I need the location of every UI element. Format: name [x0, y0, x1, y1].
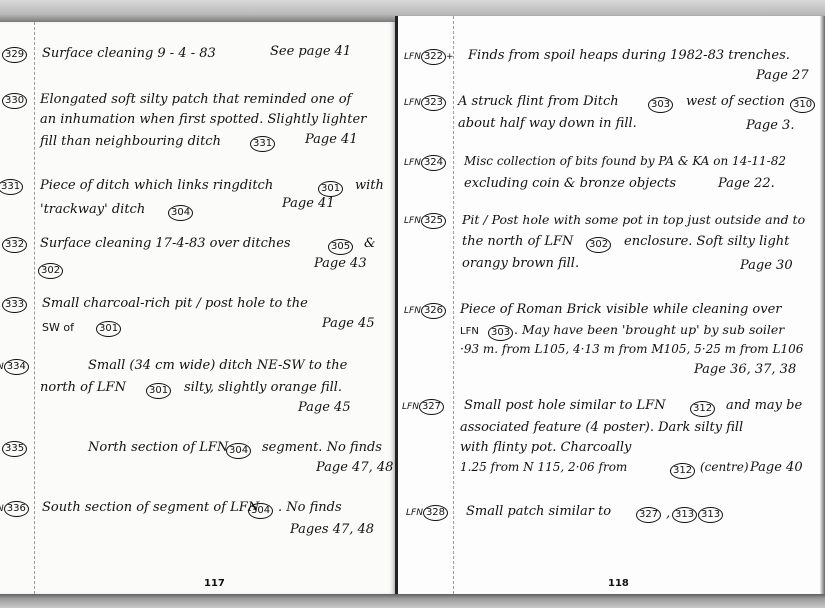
page-edge-shadow [820, 16, 825, 594]
context-ref: 305 [328, 236, 353, 255]
context-number: N334 [0, 358, 29, 377]
entry-text-line-3: with flinty pot. Charcoally [460, 438, 631, 457]
context-entry-328: LFN328 Small patch similar to 327 , 313 … [398, 496, 823, 526]
context-entry-323: LFN323 A struck flint from Ditch 303 wes… [398, 88, 823, 138]
context-number: 329 [2, 46, 27, 65]
entry-text-line-2: an inhumation when first spotted. Slight… [40, 110, 366, 129]
context-entry-334: N334 Small (34 cm wide) ditch NE-SW to t… [0, 352, 395, 422]
context-ref: 303 [648, 94, 673, 113]
context-entry-332: 332 Surface cleaning 17-4-83 over ditche… [0, 230, 395, 286]
entry-text-line-3: orangy brown fill. [462, 254, 579, 273]
entry-text-line-1: Pit / Post hole with some pot in top jus… [462, 210, 805, 229]
context-ref: 301 [146, 380, 171, 399]
context-entry-330: 330 Elongated soft silty patch that remi… [0, 88, 395, 158]
context-number: LFN325 [404, 212, 446, 231]
context-number: LFN327 [402, 398, 444, 417]
context-ref: 304 [168, 202, 193, 221]
entry-text-line-2: north of LFN [40, 378, 126, 397]
entry-text-line-1: Small post hole similar to LFN [464, 396, 666, 415]
context-ref: 312 [670, 460, 695, 479]
context-number: 331 [0, 178, 23, 197]
page-reference: Page 47, 48 [316, 458, 393, 477]
context-ref: 310 [790, 94, 815, 113]
entry-text-line-1: Misc collection of bits found by PA & KA… [464, 152, 786, 171]
context-entry-336: N336 South section of segment of LFN 304… [0, 492, 395, 542]
context-ref: 304 [248, 500, 273, 519]
entry-text-line-1b: with [355, 176, 384, 195]
context-ref: 312 [690, 398, 715, 417]
notebook-page-left: 329 Surface cleaning 9 - 4 - 83 See page… [0, 22, 397, 594]
entry-text-line-1: Small charcoal-rich pit / post hole to t… [42, 294, 308, 313]
context-ref: 313 [672, 504, 697, 523]
entry-text-line-2b: enclosure. Soft silty light [624, 232, 789, 251]
entry-text-line-1: Surface cleaning 17-4-83 over ditches [40, 234, 291, 253]
page-reference: Page 30 [740, 256, 793, 275]
context-entry-329: 329 Surface cleaning 9 - 4 - 83 See page… [0, 44, 395, 74]
context-ref: 302 [586, 234, 611, 253]
entry-text-line-2a: LFN [460, 322, 479, 341]
entry-text-line-1: Small (34 cm wide) ditch NE-SW to the [88, 356, 347, 375]
page-reference: Page 40 [750, 458, 803, 477]
context-entry-322: LFN322+ Finds from spoil heaps during 19… [398, 44, 823, 88]
page-reference: Page 36, 37, 38 [694, 360, 796, 379]
context-number: LFN322+ [404, 48, 454, 67]
context-number: 330 [2, 92, 27, 111]
context-number: LFN323 [404, 94, 446, 113]
entry-text-line-1b: and may be [726, 396, 802, 415]
entry-text-comma: , [666, 504, 670, 523]
entry-text-line-2b: . May have been 'brought up' by sub soil… [514, 320, 784, 339]
context-ref: 331 [250, 133, 275, 152]
entry-text-line-1: South section of segment of LFN [42, 498, 259, 517]
context-ref: 327 [636, 504, 661, 523]
context-number: LFN324 [404, 154, 446, 173]
context-ref: 303 [488, 322, 513, 341]
context-number: 333 [2, 296, 27, 315]
page-reference: Page 3. [746, 116, 794, 135]
context-entry-327: LFN327 Small post hole similar to LFN 31… [398, 390, 823, 490]
scan-shadow-bottom [0, 592, 825, 608]
entry-text: Surface cleaning 9 - 4 - 83 [42, 44, 216, 63]
entry-text-line-4: 1.25 from N 115, 2·06 from [460, 458, 627, 477]
page-reference: Page 27 [756, 66, 809, 85]
entry-text: Finds from spoil heaps during 1982-83 tr… [468, 46, 790, 65]
context-number: 335 [2, 440, 27, 459]
entry-text-line-1: Piece of Roman Brick visible while clean… [460, 300, 781, 319]
page-reference: Page 22. [718, 174, 775, 193]
entry-text-line-1: A struck flint from Ditch [458, 92, 619, 111]
context-ref: 301 [96, 318, 121, 337]
entry-text-line-1: Elongated soft silty patch that reminded… [40, 90, 351, 109]
entry-text-line-1b: west of section [686, 92, 785, 111]
context-ref: 313 [698, 504, 723, 523]
entry-text-line-2: excluding coin & bronze objects [464, 174, 676, 193]
entry-text-line-1: Piece of ditch which links ringditch [40, 176, 273, 195]
entry-text-ampersand: & [364, 234, 376, 253]
context-number: LFN328 [406, 504, 448, 523]
page-reference: Page 45 [322, 314, 375, 333]
entry-text-line-2: about half way down in fill. [458, 114, 637, 133]
context-entry-324: LFN324 Misc collection of bits found by … [398, 148, 823, 198]
entry-text-line-3: fill than neighbouring ditch [40, 132, 221, 151]
page-reference: See page 41 [270, 42, 351, 61]
context-ref: 304 [226, 440, 251, 459]
context-number: LFN326 [404, 302, 446, 321]
context-entry-331: 331 Piece of ditch which links ringditch… [0, 170, 395, 230]
page-number: 117 [204, 578, 225, 589]
entry-text-line-2: 'trackway' ditch [40, 200, 145, 219]
page-reference: Page 43 [314, 254, 367, 273]
entry-text-line-2b: silty, slightly orange fill. [184, 378, 342, 397]
entry-text-line-1: North section of LFN [88, 438, 228, 457]
context-entry-325: LFN325 Pit / Post hole with some pot in … [398, 206, 823, 286]
context-number: 332 [2, 236, 27, 255]
page-reference: Pages 47, 48 [290, 520, 374, 539]
context-entry-333: 333 Small charcoal-rich pit / post hole … [0, 290, 395, 342]
entry-text-line-2: the north of LFN [462, 232, 573, 251]
context-number: N336 [0, 500, 29, 519]
context-entry-326: LFN326 Piece of Roman Brick visible whil… [398, 292, 823, 382]
page-reference: Page 45 [298, 398, 351, 417]
context-ref: 302 [38, 260, 63, 279]
entry-text-line-2: associated feature (4 poster). Dark silt… [460, 418, 743, 437]
page-reference: Page 41 [282, 194, 335, 213]
entry-text-line-4b: (centre) [700, 458, 749, 477]
entry-text-line-1b: segment. No finds [262, 438, 382, 457]
entry-text-line-2: SW of [42, 318, 74, 337]
page-number: 118 [608, 578, 629, 589]
entry-text-line-1b: . No finds [278, 498, 342, 517]
context-entry-335: 335 North section of LFN 304 segment. No… [0, 434, 395, 484]
notebook-page-right: LFN322+ Finds from spoil heaps during 19… [398, 16, 825, 594]
page-reference: Page 41 [305, 130, 358, 149]
entry-text-line-1: Small patch similar to [466, 502, 611, 521]
entry-text-line-3: ·93 m. from L105, 4·13 m from M105, 5·25… [460, 340, 803, 359]
